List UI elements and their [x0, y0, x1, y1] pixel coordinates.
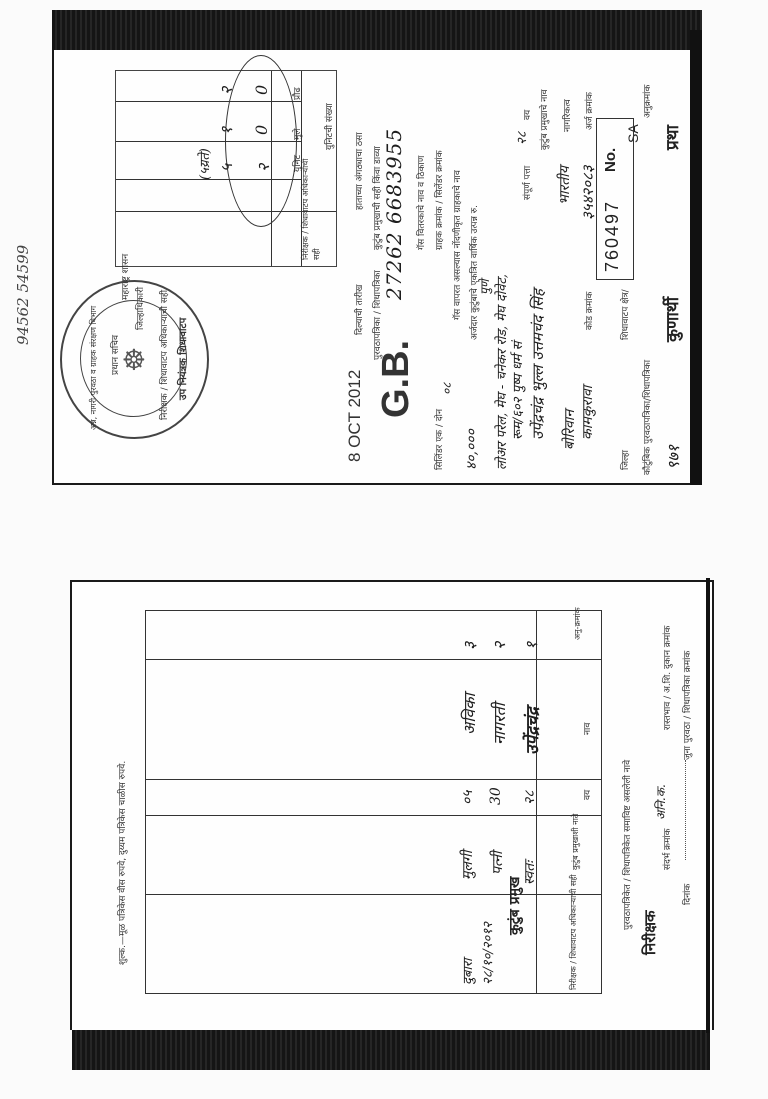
seal-text: अन्न, नागरी पुरवठा व ग्राहक संरक्षण विभा…: [88, 306, 99, 430]
member-inspector-sign: २८/१०/२०१२: [478, 922, 496, 985]
seal-top-text: उप नियंत्रक शिधावाटप: [175, 318, 189, 400]
head-name-label: कुटुंब प्रमुखाचे नाव: [537, 89, 550, 150]
member-age: २८: [520, 790, 539, 805]
member-serial: २: [488, 642, 510, 650]
front-card-edge: [690, 30, 702, 485]
nationality-value: भारतीय: [555, 166, 574, 205]
front-header-right: कुणार्थी: [660, 297, 683, 342]
district-label: जिल्हा: [618, 450, 631, 470]
old-card-field: [685, 760, 687, 860]
member-serial: ३: [458, 642, 480, 650]
income-value: ४०,०००: [462, 429, 481, 470]
issued-label: पुरवठापत्रिका / शिधापत्रिका: [370, 270, 383, 360]
member-name: उपेंद्रचंद्र: [520, 707, 543, 755]
member-relation: मुलगी: [458, 851, 477, 880]
member-relation: पत्नी: [488, 851, 507, 875]
issue-date: 8 OCT 2012: [345, 370, 365, 462]
front-corner-handwriting: ९७१: [662, 445, 684, 470]
units-circle-mark: [225, 55, 297, 227]
member-name: अविका: [458, 693, 480, 735]
area-label: शिधावाटप क्षेत्र/: [618, 289, 631, 340]
shop-handwriting: अनि.क.: [652, 784, 669, 820]
units-row2-note: (५य्रते): [195, 148, 213, 180]
emblem-icon: ☸: [118, 347, 151, 372]
fee-note: शुल्क.—मूळ पत्रिकेस वीस रुपये, दुय्यम पत…: [115, 761, 128, 965]
serial-number: 760497: [602, 200, 623, 272]
back-card-edge: [706, 578, 710, 1033]
signature-label: कुटुंब प्रमुखाची सही किंवा डाव्या: [370, 146, 383, 250]
office-label: कौटुंबिक पुरवठापत्रिका/शिधापत्रिका: [640, 360, 653, 475]
col-inspector: निरीक्षक / शिधावाटप अधिकाऱ्याची सही: [568, 874, 579, 990]
seal-inner-text: प्रधान सचिव: [108, 335, 121, 375]
issue-date-label: दिल्याची तारीख: [352, 284, 365, 335]
ward-value-2: बोरिवान: [560, 410, 579, 450]
col-relation: कुटुंब प्रमुखाशी नाते: [570, 814, 581, 870]
reference-label: संदर्भ क्रमांक: [660, 828, 673, 870]
gas-user-label: गॅस वापरत असल्यास नोंदणीकृत ग्राहकाचे ना…: [450, 170, 463, 320]
member-name: नागरती: [488, 703, 510, 745]
application-value: ३५४२०८३: [578, 165, 598, 220]
cylinder-label: सिलिंडर एक / दोन: [432, 409, 445, 470]
date-label: दिनांक: [680, 884, 693, 905]
col-serial: अनु-क्रमांक: [572, 607, 583, 640]
address-value-2: लोअर परेल, मेघ - चनेकर रोड, मेघ दोवेट,: [492, 274, 510, 470]
member-inspector-sign: दुबारा: [458, 959, 476, 985]
back-card-binding: [72, 1030, 710, 1070]
units-inspector-header: निरीक्षक / शिधावाटप अधिकाऱ्याची सही: [300, 150, 322, 260]
units-title: युनिटची संख्या: [322, 103, 335, 150]
address-value-1: रूम/६०२ पुष्प धर्म सं: [508, 342, 526, 440]
application-label: अर्ज क्रमांक: [582, 92, 595, 130]
col-name: नाव: [580, 723, 593, 735]
address-label: संपूर्ण पत्ता: [520, 166, 533, 200]
member-age: ०५: [458, 790, 477, 805]
margin-phone-note: 94562 54599: [14, 245, 32, 345]
col-age: वय: [580, 790, 593, 800]
income-label: अर्जदार कुटुंबाचे एकत्रित वार्षिक उत्पन्…: [467, 205, 480, 340]
front-header-left: प्रथा: [660, 125, 683, 150]
cylinder-value: ०८: [438, 383, 455, 395]
shop-label: रास्तभाव / अ.शि. दुकान क्रमांक: [660, 626, 673, 730]
old-card-label: जुना पुरवठा / शिधापत्रिका क्रमांक: [680, 651, 693, 760]
ward-label: कोड क्रमांक: [582, 292, 595, 330]
head-name-value: उपेंद्रचंद्र भुल्ल उत्तमचंद सिंह: [528, 289, 548, 440]
serial-label: अनुक्रमांक: [640, 85, 653, 118]
age-value: २८: [512, 131, 530, 145]
age-label: वय: [520, 110, 533, 120]
member-age: 30: [488, 787, 504, 805]
serial-no-label: No.: [602, 148, 619, 172]
front-card-binding: [52, 10, 702, 52]
phone-value: 27262 6683955: [382, 128, 406, 300]
thumb-label: हाताच्या अंगठ्याचा ठसा: [352, 132, 365, 210]
inspector-stamp: निरीक्षक: [640, 910, 660, 955]
member-serial: १: [520, 642, 542, 650]
customer-no-label: ग्राहक क्रमांक / सिलेंडर क्रमांक: [432, 150, 445, 250]
nationality-label: नागरिकत्व: [560, 99, 573, 132]
family-head-stamp: कुटुंब प्रमुख: [505, 877, 524, 935]
distributor-label: गॅस वितरकाचे नाव व ठिकाण: [414, 156, 427, 250]
members-title: पुरवठापत्रिकेत / शिधापत्रिकेत समाविष्ट अ…: [620, 760, 633, 930]
ward-value: कामकुरावा: [578, 386, 597, 440]
